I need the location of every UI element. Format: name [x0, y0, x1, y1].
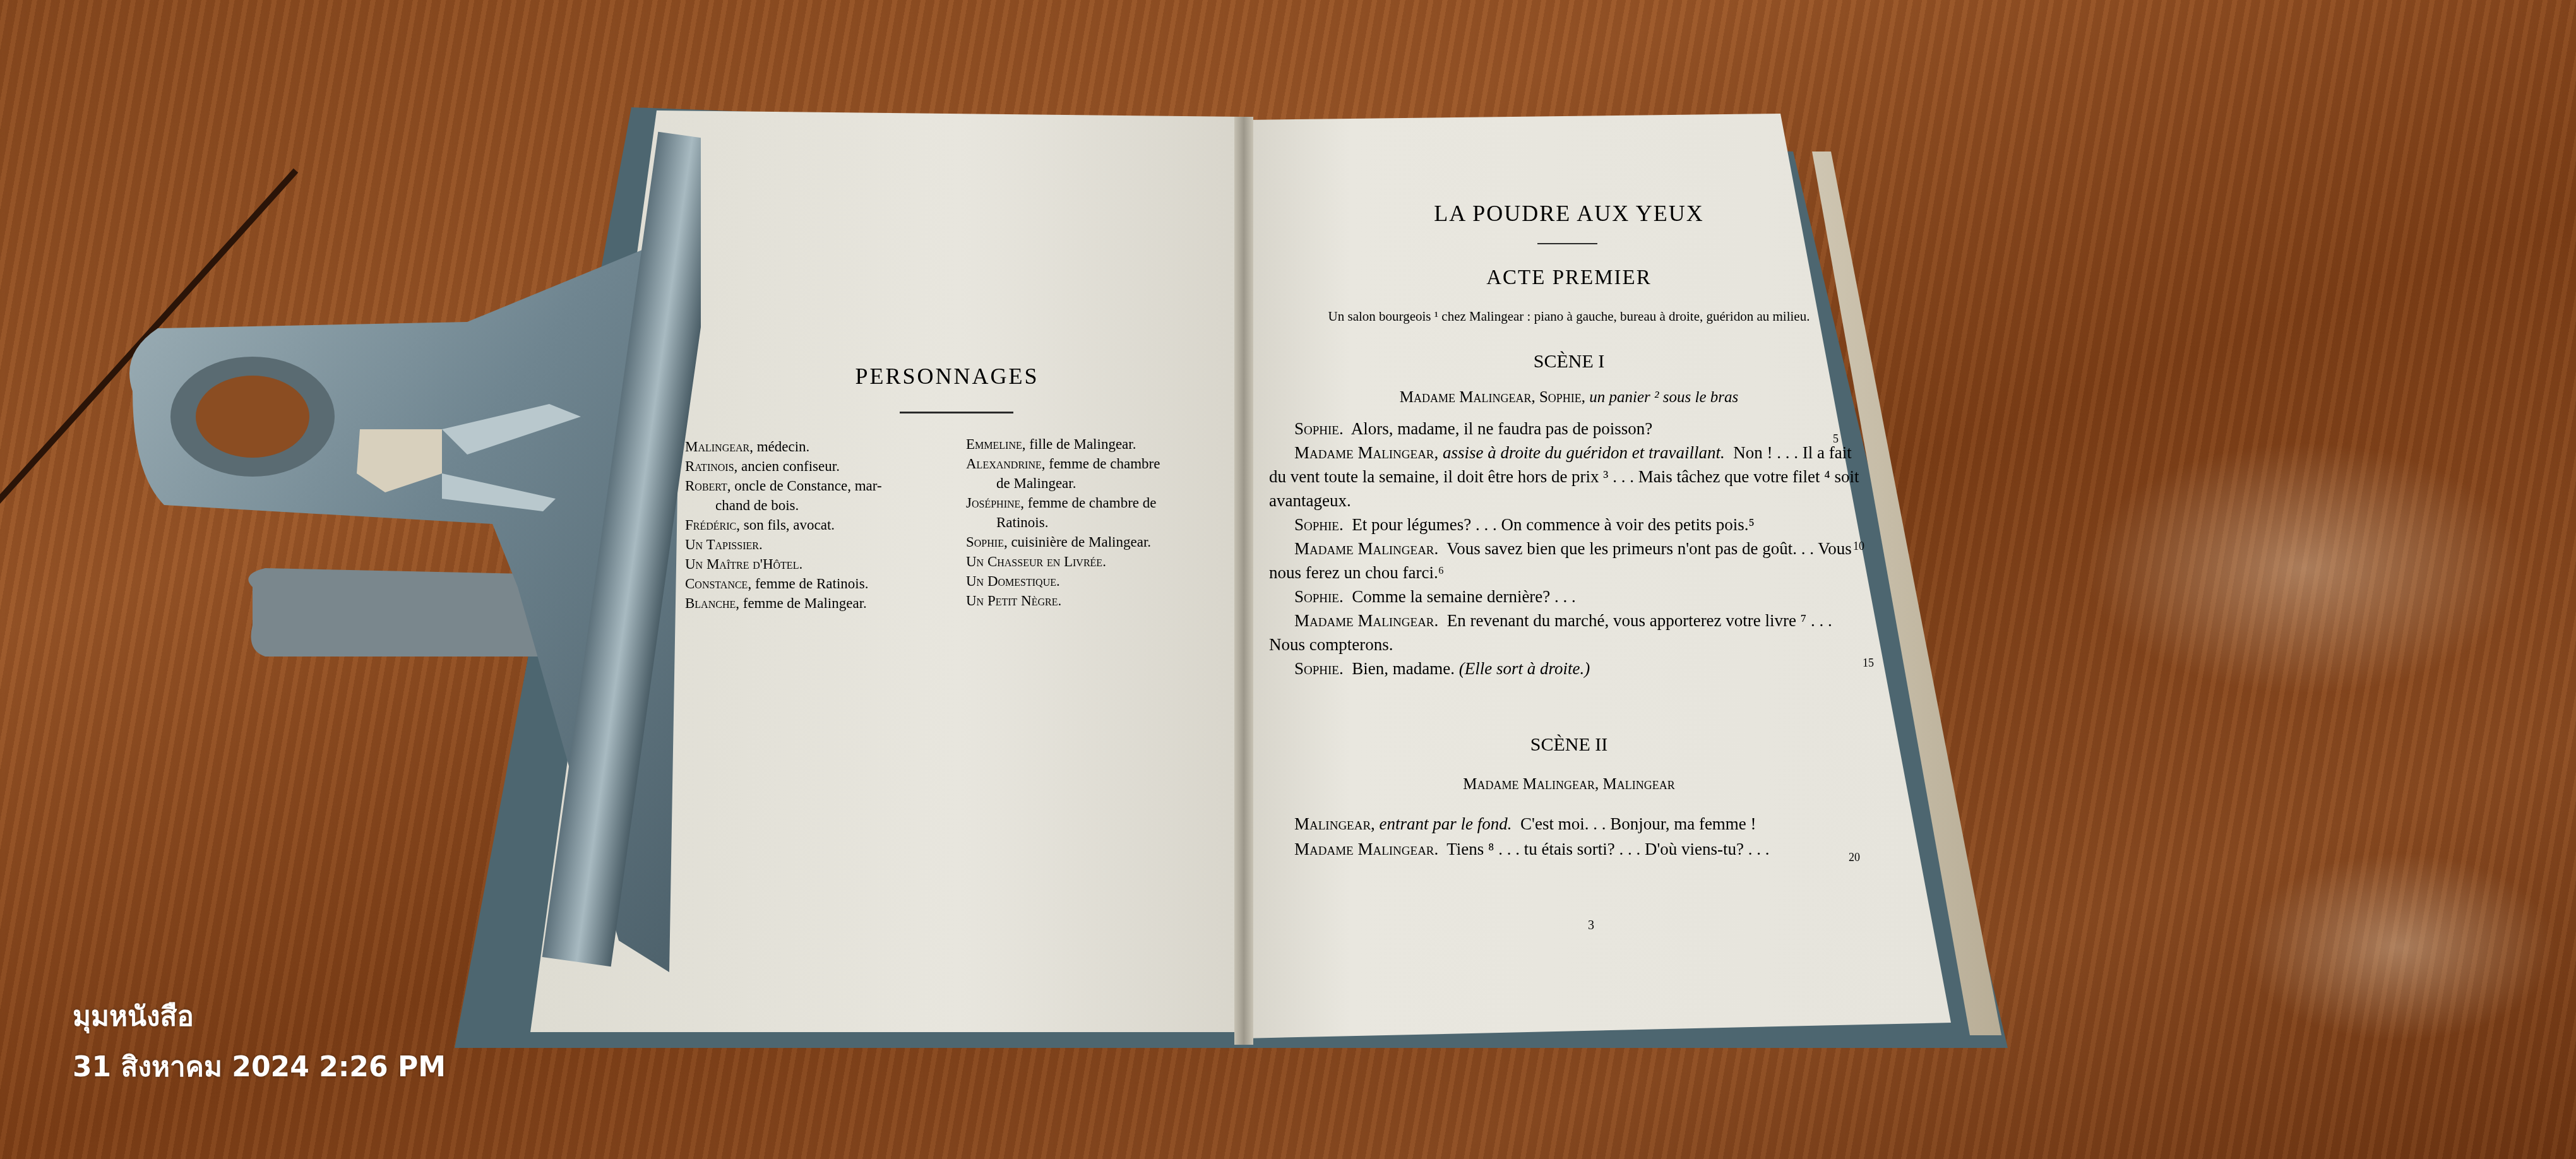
cast-entry: Un Maître d'Hôtel. — [685, 554, 882, 574]
dialogue-line: Madame Malingear, assise à droite du gué… — [1269, 441, 1869, 513]
cast-list-right: Emmeline, fille de Malingear. Alexandrin… — [966, 434, 1160, 610]
cast-entry: Frédéric, son fils, avocat. — [685, 515, 882, 535]
line-number: 20 — [1849, 851, 1860, 864]
cast-entry: Emmeline, fille de Malingear. — [966, 434, 1160, 454]
line-number: 5 — [1833, 432, 1839, 446]
cast-entry-continuation: de Malingear. — [966, 473, 1160, 493]
dialogue-line: Madame Malingear. En revenant du marché,… — [1269, 609, 1869, 657]
dialogue-line: Sophie. Comme la semaine dernière? . . . — [1269, 585, 1869, 609]
scene-2-dialogue: Malingear, entrant par le fond. C'est mo… — [1269, 811, 1869, 862]
scene-1-characters: Madame Malingear, Sophie, un panier ² so… — [1269, 386, 1869, 409]
cast-entry: Un Tapissier. — [685, 535, 882, 554]
bulldog-clip — [114, 120, 701, 991]
dialogue-line: Sophie. Bien, madame. (Elle sort à droit… — [1269, 657, 1869, 681]
scene-2-characters: Madame Malingear, Malingear — [1269, 773, 1869, 796]
cast-entry: Ratinois, ancien confiseur. — [685, 456, 882, 476]
cast-entry: Alexandrine, femme de chambre — [966, 454, 1160, 473]
dialogue-line: Sophie. Alors, madame, il ne faudra pas … — [1269, 417, 1869, 441]
cast-entry: Un Chasseur en Livrée. — [966, 552, 1160, 571]
cast-entry: Un Petit Nègre. — [966, 591, 1160, 610]
cast-entry: Malingear, médecin. — [685, 437, 882, 456]
play-title: LA POUDRE AUX YEUX — [1269, 202, 1869, 225]
act-heading: ACTE PREMIER — [1269, 266, 1869, 289]
cast-entry: Blanche, femme de Malingear. — [685, 593, 882, 613]
page-number: 3 — [1588, 918, 1594, 933]
dialogue-line: Madame Malingear. Vous savez bien que le… — [1269, 537, 1869, 585]
scene-2-heading: SCÈNE II — [1269, 734, 1869, 756]
cast-entry: Un Domestique. — [966, 571, 1160, 591]
setting-description: Un salon bourgeois ¹ chez Malingear : pi… — [1269, 308, 1869, 325]
cast-entry: Constance, femme de Ratinois. — [685, 574, 882, 593]
line-number: 15 — [1863, 657, 1874, 670]
personnages-heading: PERSONNAGES — [833, 363, 1061, 389]
line-number: 10 — [1853, 540, 1864, 553]
scene-1-dialogue: Sophie. Alors, madame, il ne faudra pas … — [1269, 417, 1869, 681]
cast-entry: Sophie, cuisinière de Malingear. — [966, 532, 1160, 552]
title-ornament — [1537, 243, 1597, 244]
cast-entry: Robert, oncle de Constance, mar- — [685, 476, 882, 496]
cast-entry-continuation: Ratinois. — [966, 513, 1160, 532]
scene-1-heading: SCÈNE I — [1269, 350, 1869, 373]
cast-entry: Joséphine, femme de chambre de — [966, 493, 1160, 513]
heading-rule — [900, 412, 1013, 413]
watermark-location: มุมหนังสือ — [73, 994, 194, 1038]
book-gutter — [1234, 117, 1253, 1045]
dialogue-line: Malingear, entrant par le fond. C'est mo… — [1269, 811, 1869, 836]
cast-list-left: Malingear, médecin. Ratinois, ancien con… — [685, 437, 882, 613]
dialogue-line: Sophie. Et pour légumes? . . . On commen… — [1269, 513, 1869, 537]
dialogue-line: Madame Malingear. Tiens ⁸ . . . tu étais… — [1269, 836, 1869, 862]
table-glare — [2084, 442, 2525, 694]
table-glare — [2241, 852, 2557, 1042]
watermark-timestamp: 31 สิงหาคม 2024 2:26 PM — [73, 1045, 446, 1089]
cast-entry-continuation: chand de bois. — [685, 496, 882, 515]
